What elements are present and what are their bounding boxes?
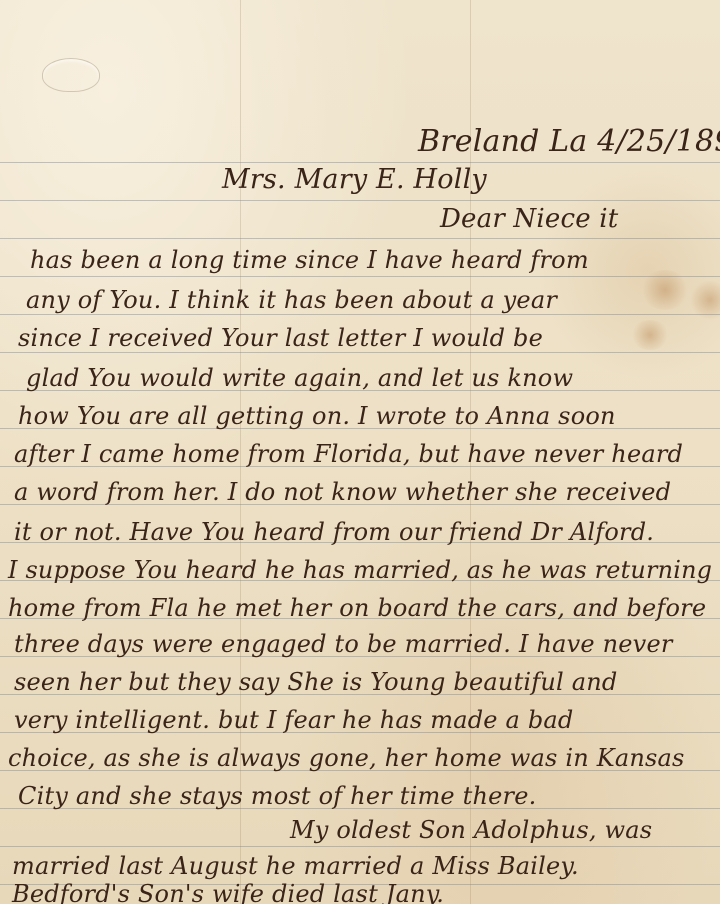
letter-line: seen her but they say She is Young beaut… bbox=[14, 668, 617, 696]
letter-page: Breland La 4/25/1891 Mrs. Mary E. Holly … bbox=[0, 0, 720, 904]
letter-line: any of You. I think it has been about a … bbox=[26, 286, 557, 314]
letter-line: three days were engaged to be married. I… bbox=[14, 630, 673, 658]
letter-line: home from Fla he met her on board the ca… bbox=[8, 594, 706, 622]
ruled-line bbox=[0, 200, 720, 201]
ruled-line bbox=[0, 314, 720, 315]
ruled-line bbox=[0, 238, 720, 239]
letter-line: after I came home from Florida, but have… bbox=[14, 440, 683, 468]
embossed-stationery-mark bbox=[42, 58, 100, 92]
letter-line: glad You would write again, and let us k… bbox=[26, 364, 573, 392]
letter-line: very intelligent. but I fear he has made… bbox=[14, 706, 574, 734]
salutation: Dear Niece it bbox=[440, 204, 618, 234]
letter-line: it or not. Have You heard from our frien… bbox=[14, 518, 654, 546]
ruled-line bbox=[0, 352, 720, 353]
letter-line: has been a long time since I have heard … bbox=[30, 246, 589, 274]
letter-line: how You are all getting on. I wrote to A… bbox=[18, 402, 616, 430]
ruled-line bbox=[0, 846, 720, 847]
place-and-date: Breland La 4/25/1891 bbox=[418, 124, 720, 159]
letter-line: My oldest Son Adolphus, was bbox=[290, 816, 652, 844]
letter-line: City and she stays most of her time ther… bbox=[18, 782, 536, 810]
letter-line: Bedford's Son's wife died last Jany. bbox=[12, 880, 444, 904]
ruled-line bbox=[0, 276, 720, 277]
letter-line: I suppose You heard he has married, as h… bbox=[8, 556, 712, 584]
ruled-line bbox=[0, 162, 720, 163]
letter-line: a word from her. I do not know whether s… bbox=[14, 478, 671, 506]
letter-line: choice, as she is always gone, her home … bbox=[8, 744, 685, 772]
letter-line: since I received Your last letter I woul… bbox=[18, 324, 543, 352]
recipient-name: Mrs. Mary E. Holly bbox=[222, 164, 487, 195]
letter-line: married last August he married a Miss Ba… bbox=[12, 852, 579, 880]
paper-stain bbox=[630, 320, 670, 350]
